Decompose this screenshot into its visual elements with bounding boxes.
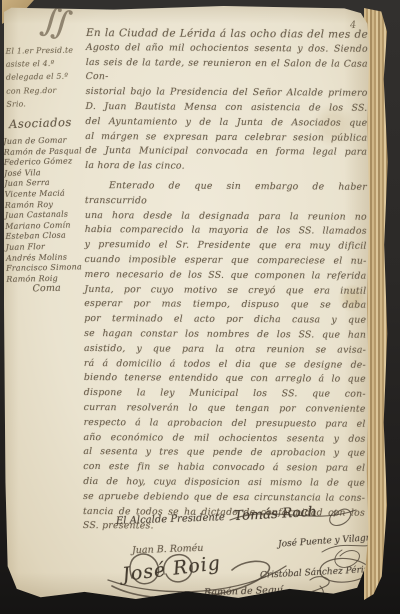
manuscript-page: 4 ∬ El 1.er Presid.teasiste el 4.ºdelega… — [4, 6, 370, 602]
scanned-manuscript-photo: 4 ∬ El 1.er Presid.teasiste el 4.ºdelega… — [0, 0, 400, 614]
manuscript-text-line: año económico de mil ochocientos sesenta… — [83, 431, 365, 448]
manuscript-text-line: Junta, por cuyo motivo se creyó que era … — [84, 283, 366, 300]
manuscript-text-line: de Junta Municipal convocada en forma le… — [85, 144, 367, 161]
manuscript-text-line: dispone la ley Municipal los SS. que con… — [84, 386, 366, 403]
act-body-text: En la Ciudad de Lérida á las ocho dias d… — [83, 26, 368, 536]
manuscript-text-line: asistido, y que para la otra reunion se … — [84, 342, 366, 359]
manuscript-text-line: y presumido el Sr. Presidente que era mu… — [85, 238, 367, 255]
bottom-center-loop — [300, 586, 323, 599]
manuscript-text-line: D. Juan Bautista Mensa con asistencia de… — [85, 100, 367, 117]
asociado-name: Coma — [6, 283, 90, 295]
manuscript-text-line: una hora desde la designada para la reun… — [85, 209, 367, 226]
manuscript-text-line: Enterado de que sin embargo de haber tra… — [85, 179, 367, 210]
asociados-heading: Asociados — [9, 115, 72, 131]
manuscript-text-line: En la Ciudad de Lérida á las ocho dias d… — [86, 26, 368, 43]
manuscript-text-line: se hagan constar los nombres de los SS. … — [84, 327, 366, 344]
margin-notes: El 1.er Presid.teasiste el 4.ºdelegada e… — [5, 43, 86, 110]
manuscript-text-line: Agosto del año mil ochocientos sesenta y… — [86, 41, 368, 58]
manuscript-text-line: las seis de la tarde, se reunieron en el… — [86, 56, 368, 87]
asociados-name-list: Juan de GomarRamón de PasqualFederico Gó… — [3, 135, 90, 296]
act-paragraph-1: En la Ciudad de Lérida á las ocho dias d… — [85, 26, 368, 176]
manuscript-text-line: curran resolverán lo que tengan por conv… — [84, 401, 366, 418]
pen-flourish-mark: ∬ — [38, 0, 76, 45]
manuscript-text-line: cuando imposible esperar que comparecies… — [85, 253, 367, 270]
manuscript-text-line: al márgen se expresan para celebrar sesi… — [85, 130, 367, 147]
manuscript-text-line: esperar por mas tiempo, dispuso que se d… — [84, 297, 366, 314]
manuscript-text-line: rá á domicilio á todos el dia que se des… — [84, 357, 366, 374]
manuscript-text-line: por terminado el acto por dicha causa y … — [84, 312, 366, 329]
margin-note-line: Srio. — [6, 96, 86, 111]
manuscript-text-line: dia de hoy, cuya disposicion asi mismo l… — [83, 475, 365, 492]
manuscript-text-line: mero necesario de los SS. que componen l… — [84, 268, 366, 285]
manuscript-text-line: al sesenta y tres que pende de aprobacio… — [83, 445, 365, 462]
act-paragraph-2: Enterado de que sin embargo de haber tra… — [83, 179, 367, 536]
asociado-name: Francisco Simona — [6, 262, 90, 274]
manuscript-text-line: habia comparecido la mayoria de los SS. … — [85, 223, 367, 240]
manuscript-text-line: del Ayuntamiento y de la Junta de Asocia… — [85, 115, 367, 132]
manuscript-text-line: la hora de las cinco. — [85, 159, 367, 176]
manuscript-text-line: sistorial bajo la Presidencia del Señor … — [86, 85, 368, 102]
alcalde-rubric-loop — [330, 509, 351, 525]
manuscript-text-line: biendo tenerse entendido que con arreglo… — [84, 371, 366, 388]
manuscript-text-line: con este fin se habia convocado á sesion… — [83, 460, 365, 477]
manuscript-text-line: respecto á la aprobacion del presupuesto… — [84, 416, 366, 433]
signature-bottom-center: Ramón de Seguí — [204, 585, 283, 599]
